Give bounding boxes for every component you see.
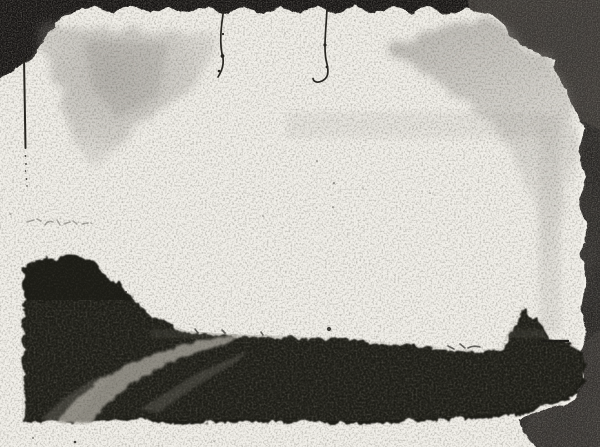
photocopied-photo-scan: [0, 0, 600, 447]
paper-grain-group: [0, 0, 600, 447]
paper-speckle: [0, 0, 600, 447]
photo-canvas: [0, 0, 600, 447]
